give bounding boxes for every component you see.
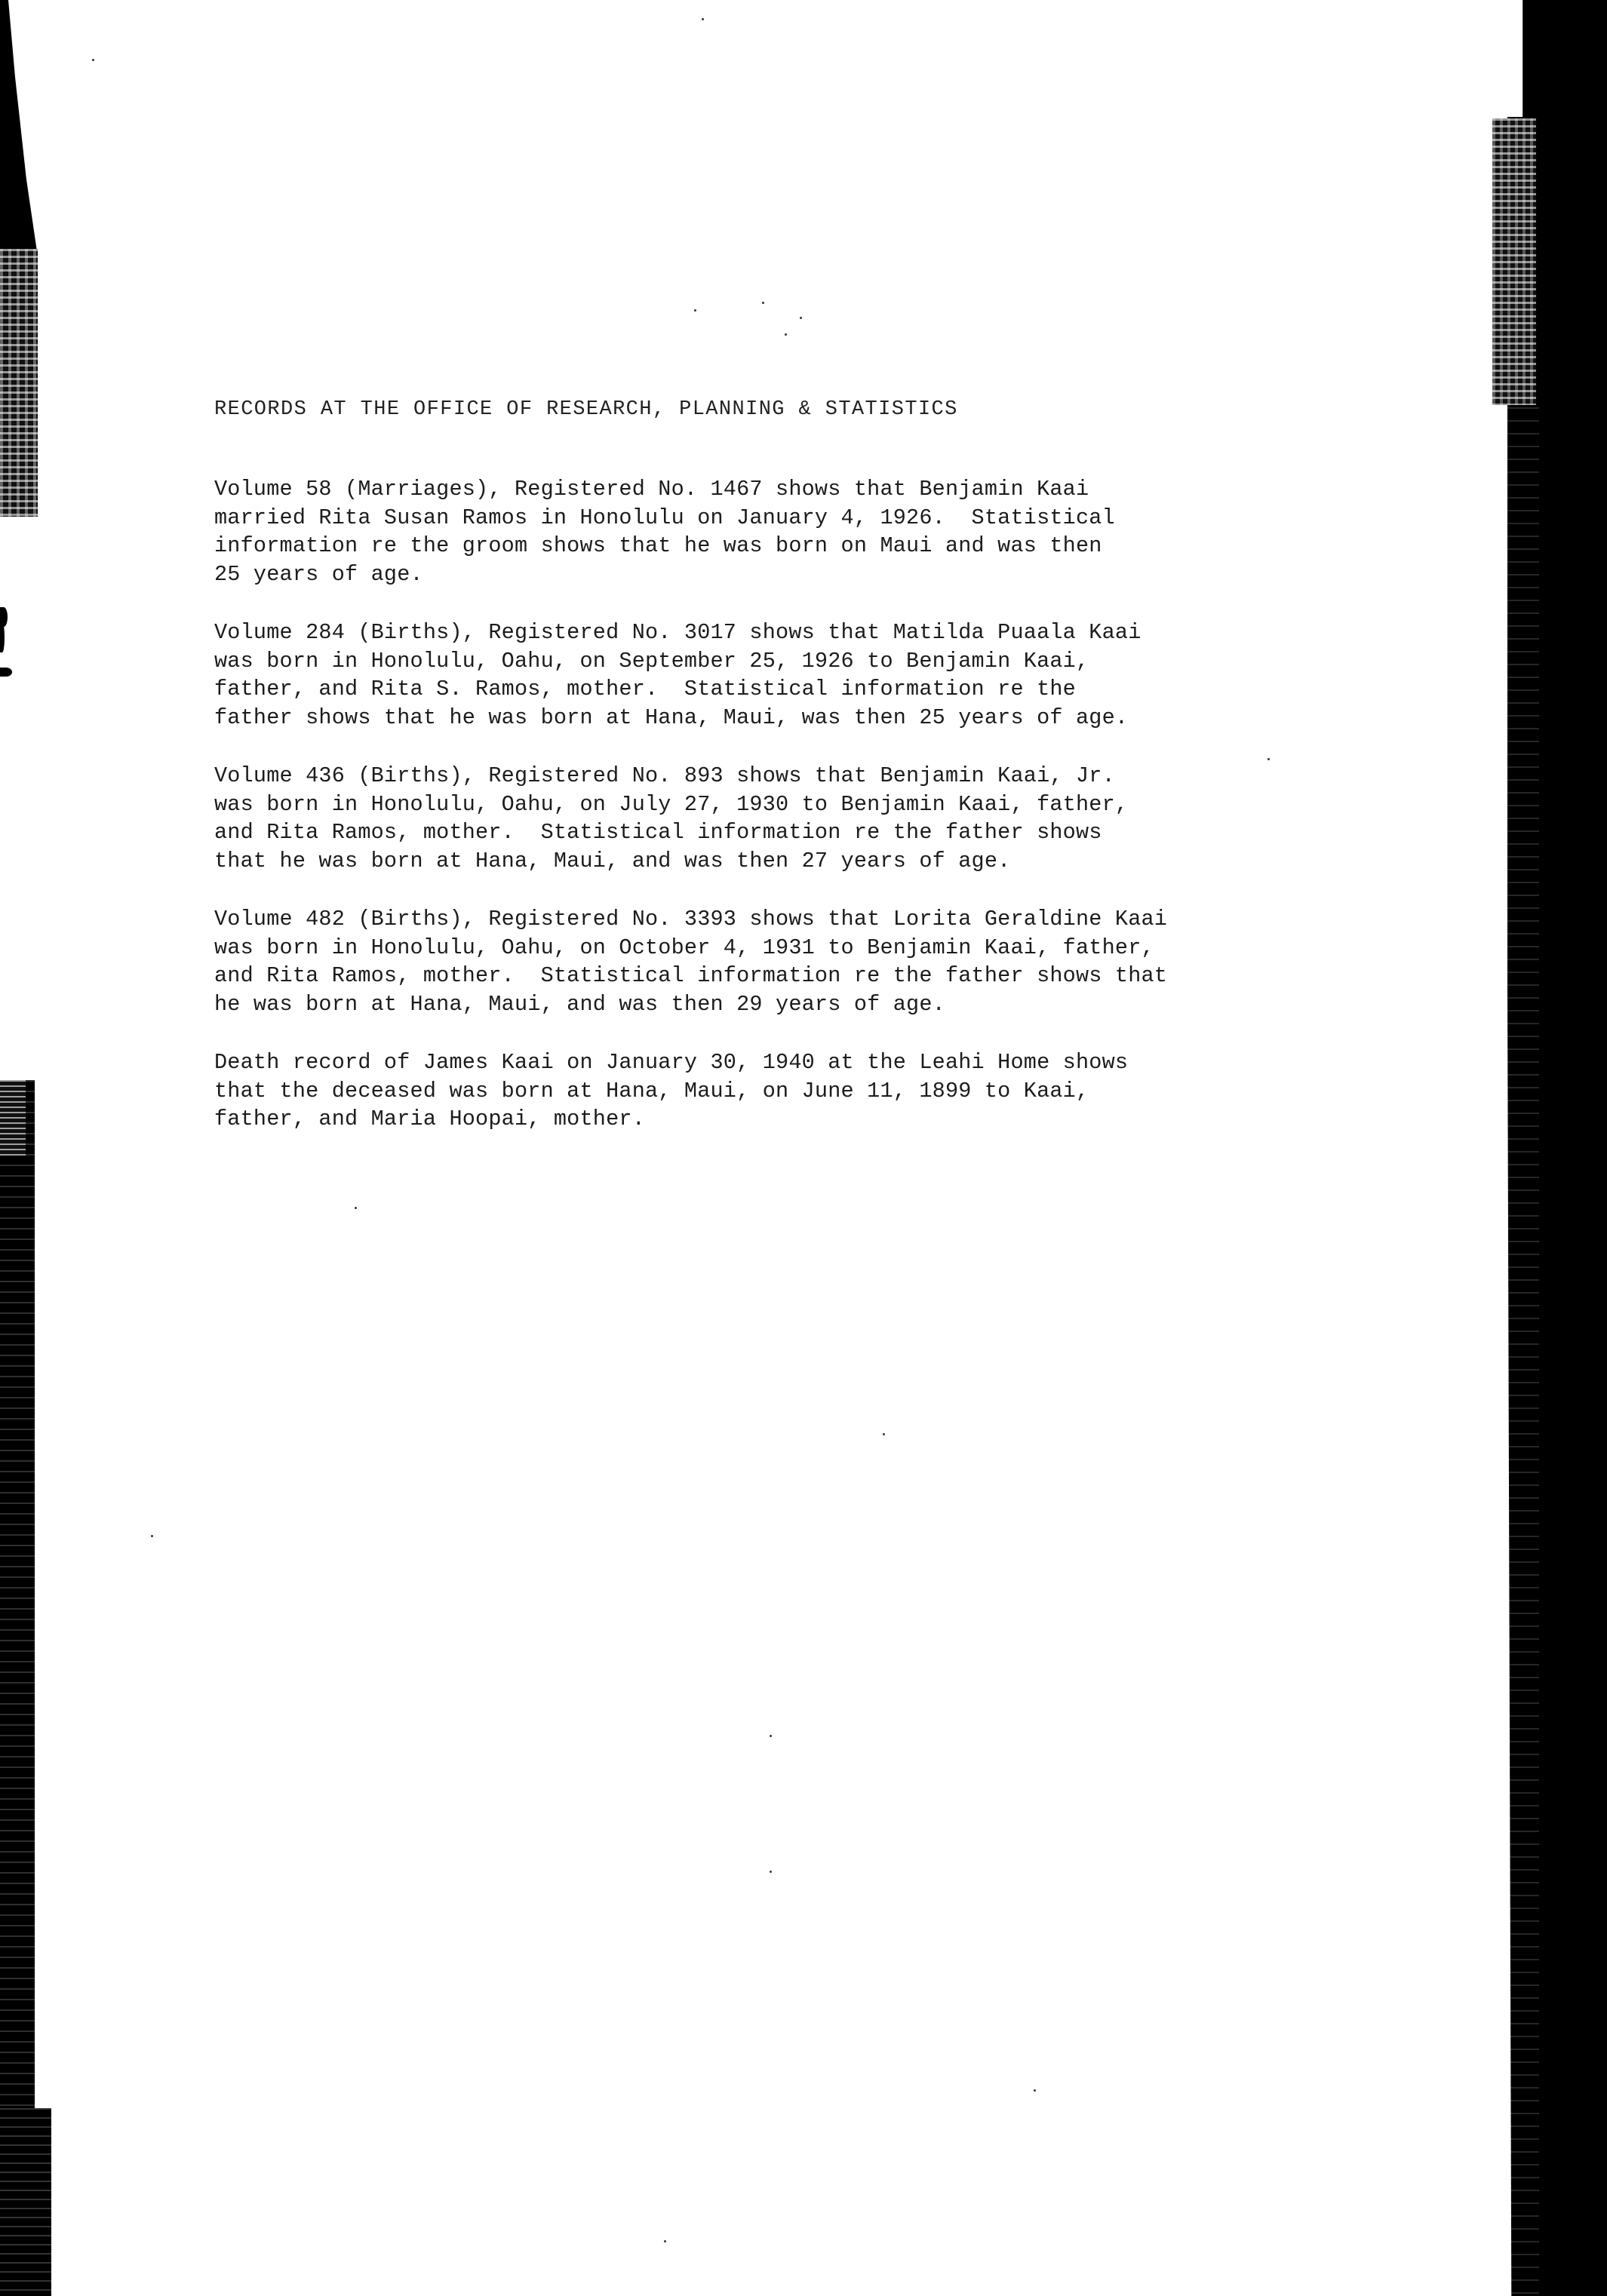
scan-speck	[800, 317, 802, 319]
record-line: he was born at Hana, Maui, and was then …	[214, 990, 1286, 1019]
record-line: that the deceased was born at Hana, Maui…	[214, 1077, 1286, 1106]
scan-border-left-bottom	[0, 2108, 51, 2296]
record-line: and Rita Ramos, mother. Statistical info…	[214, 818, 1286, 847]
record-birth-vol-436: Volume 436 (Births), Registered No. 893 …	[214, 762, 1286, 875]
record-line: Volume 58 (Marriages), Registered No. 14…	[214, 475, 1286, 504]
scan-border-left-top	[0, 0, 38, 256]
scan-speck	[770, 1735, 772, 1737]
scan-speck	[151, 1535, 153, 1537]
record-marriage-vol-58: Volume 58 (Marriages), Registered No. 14…	[214, 475, 1286, 588]
record-birth-vol-482: Volume 482 (Births), Registered No. 3393…	[214, 905, 1286, 1018]
scan-border-right-band	[1492, 118, 1536, 405]
scan-speck	[664, 2240, 666, 2242]
record-line: Volume 436 (Births), Registered No. 893 …	[214, 762, 1286, 790]
record-line: Volume 482 (Births), Registered No. 3393…	[214, 905, 1286, 934]
scan-speck	[702, 18, 704, 20]
record-line: Volume 284 (Births), Registered No. 3017…	[214, 619, 1286, 647]
scanned-page: RECORDS AT THE OFFICE OF RESEARCH, PLANN…	[0, 0, 1607, 2296]
record-line: was born in Honolulu, Oahu, on October 4…	[214, 934, 1286, 962]
document-heading: RECORDS AT THE OFFICE OF RESEARCH, PLANN…	[214, 398, 1286, 421]
scan-speck	[770, 1871, 772, 1873]
scan-speck	[92, 59, 94, 61]
record-line: that he was born at Hana, Maui, and was …	[214, 847, 1286, 876]
scan-speck	[785, 333, 787, 336]
record-death-james-kaai: Death record of James Kaai on January 30…	[214, 1048, 1286, 1134]
scan-speck	[883, 1433, 885, 1435]
scan-border-left-band	[0, 249, 38, 517]
record-line: married Rita Susan Ramos in Honolulu on …	[214, 504, 1286, 533]
record-birth-vol-284: Volume 284 (Births), Registered No. 3017…	[214, 619, 1286, 732]
record-line: father, and Rita S. Ramos, mother. Stati…	[214, 675, 1286, 704]
record-line: 25 years of age.	[214, 560, 1286, 589]
record-line: Death record of James Kaai on January 30…	[214, 1048, 1286, 1077]
record-line: was born in Honolulu, Oahu, on July 27, …	[214, 790, 1286, 819]
document-body: RECORDS AT THE OFFICE OF RESEARCH, PLANN…	[214, 398, 1286, 1164]
record-line: was born in Honolulu, Oahu, on September…	[214, 647, 1286, 676]
record-line: information re the groom shows that he w…	[214, 532, 1286, 560]
record-line: father shows that he was born at Hana, M…	[214, 704, 1286, 732]
scan-speck	[762, 302, 764, 304]
record-line: father, and Maria Hoopai, mother.	[214, 1105, 1286, 1134]
record-line: and Rita Ramos, mother. Statistical info…	[214, 962, 1286, 990]
scan-speck	[694, 309, 696, 312]
scan-speck	[1034, 2089, 1036, 2092]
scan-speck	[355, 1207, 357, 1209]
scan-border-right-speckle	[1498, 407, 1539, 2296]
scan-mark	[0, 668, 12, 677]
scan-mark	[0, 622, 5, 652]
